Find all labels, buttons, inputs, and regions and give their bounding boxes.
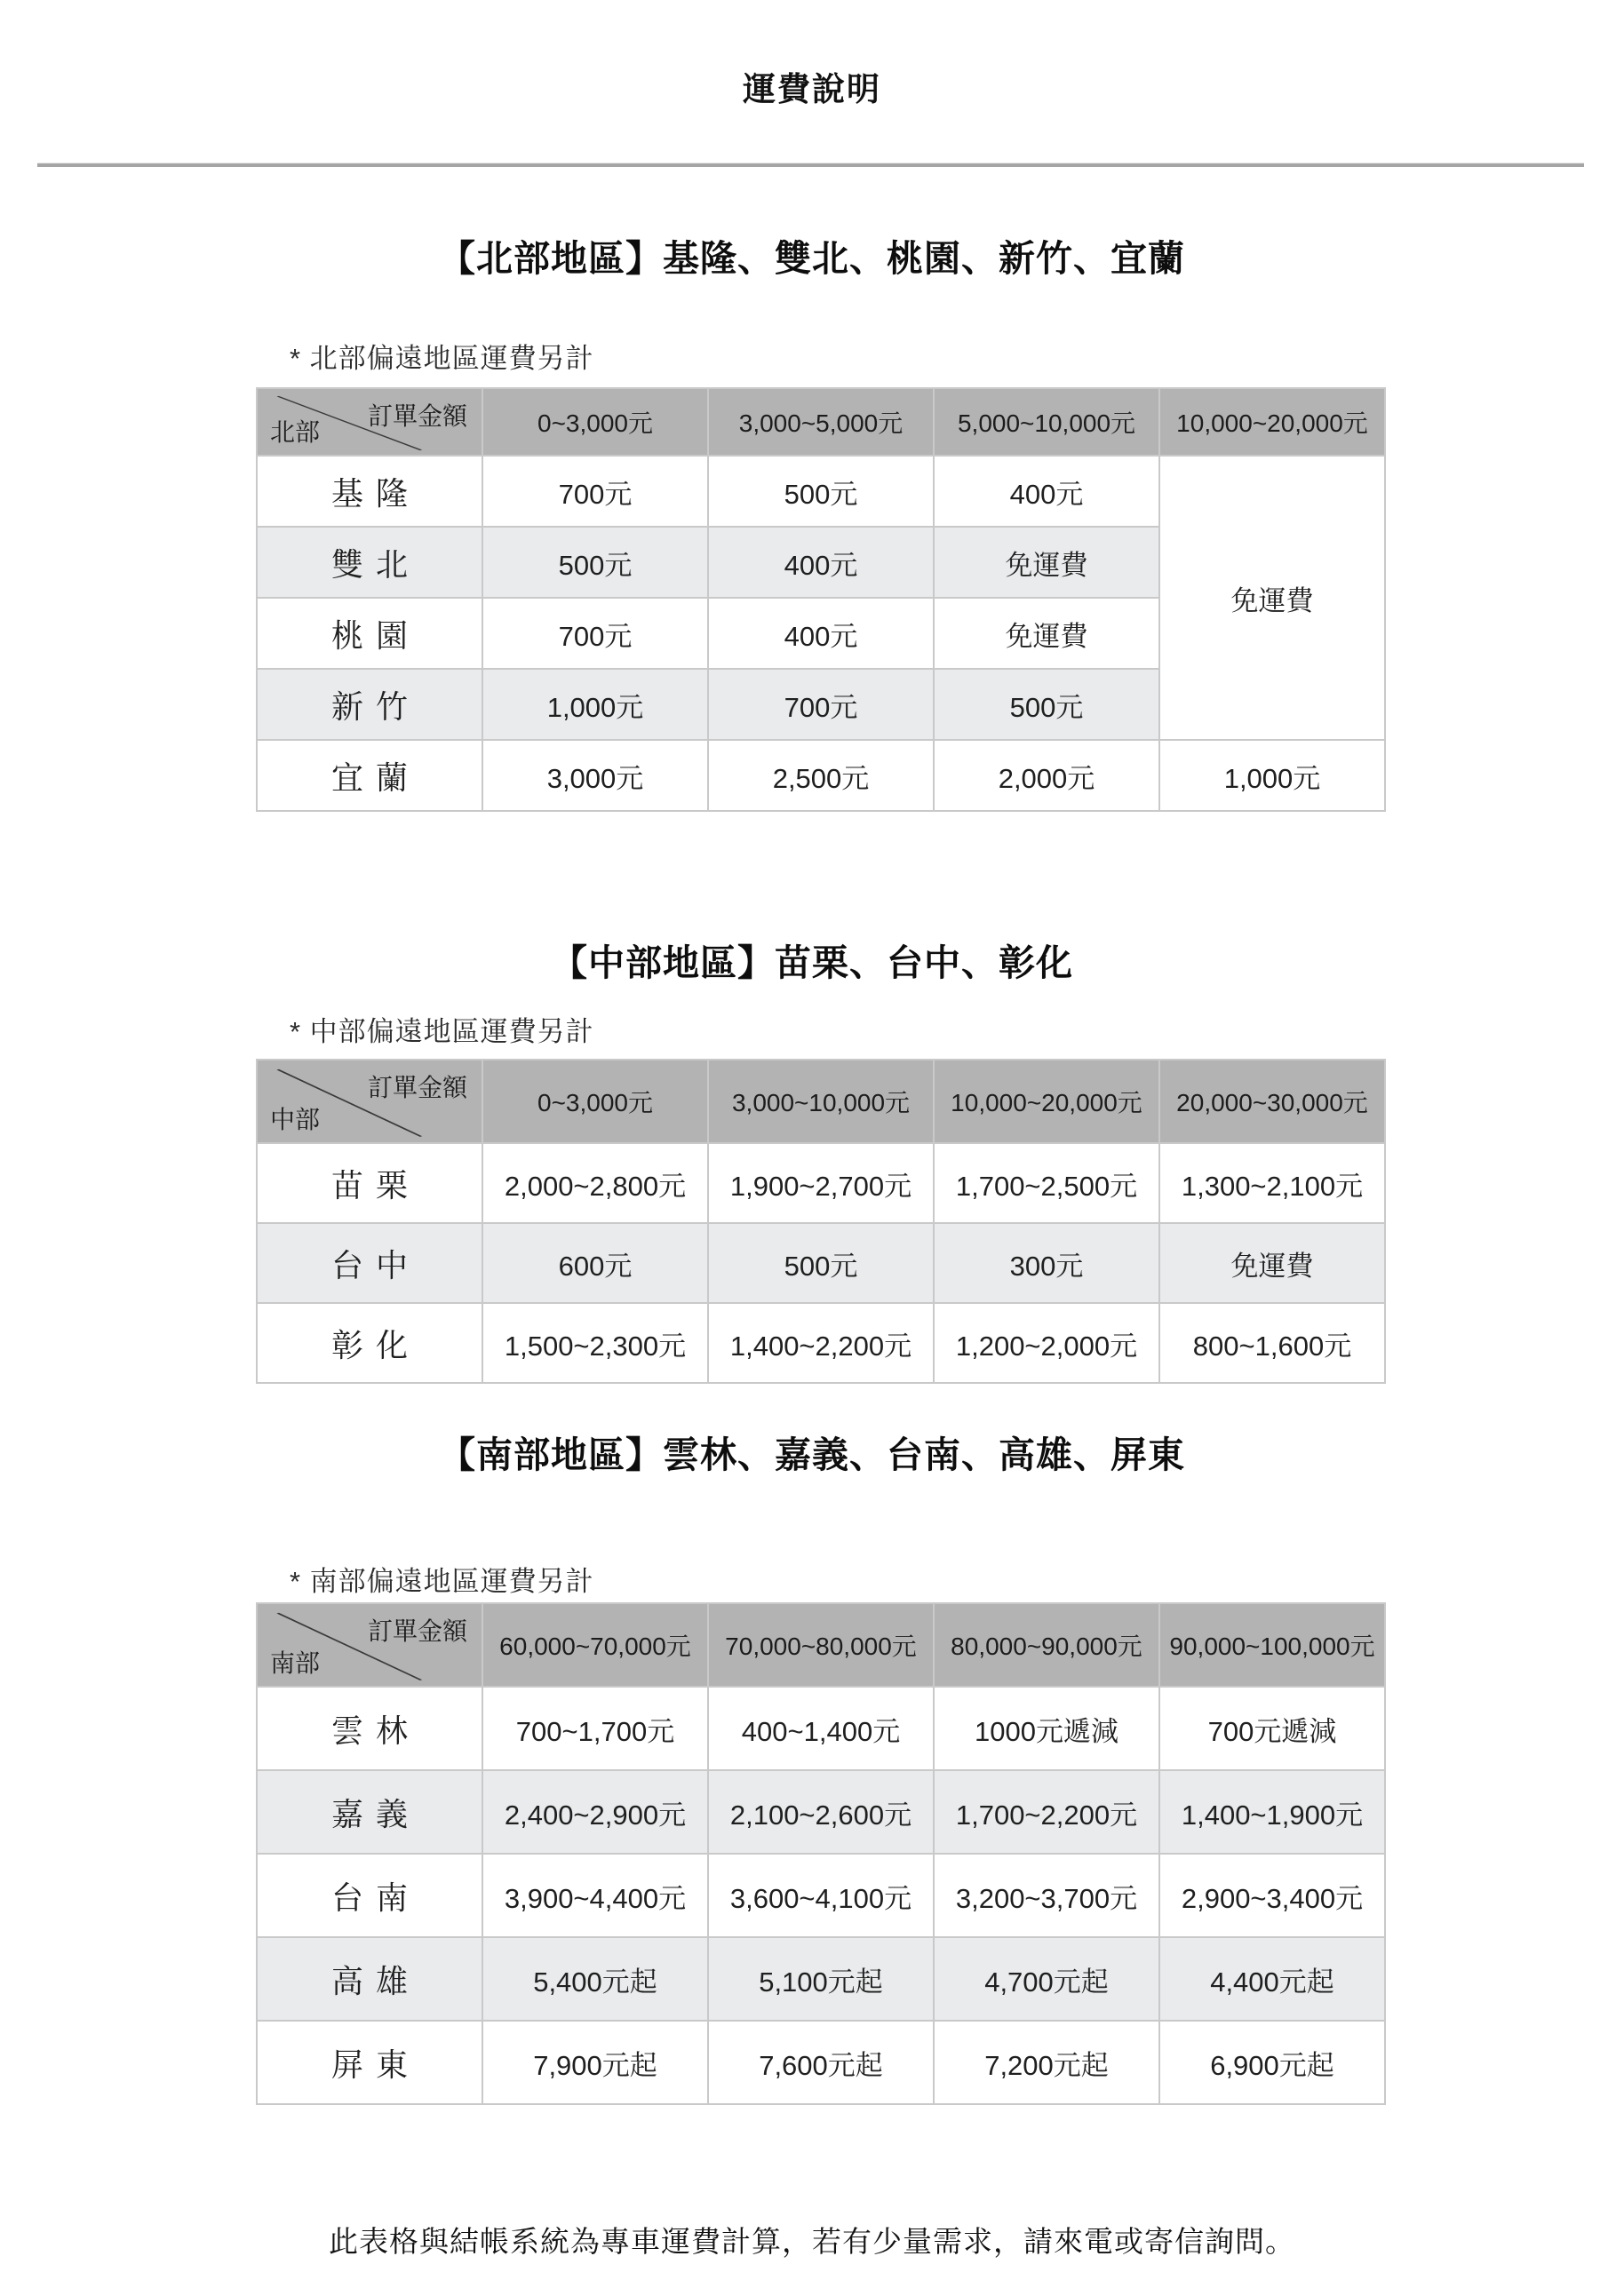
column-header: 70,000~80,000元: [709, 1604, 933, 1686]
fee-cell: 1,900~2,700元: [709, 1144, 933, 1222]
region-cell: 屏東: [258, 2022, 482, 2103]
fee-cell: 4,400元起: [1160, 1938, 1384, 2020]
fee-cell: 2,100~2,600元: [709, 1771, 933, 1853]
fee-cell: 2,000~2,800元: [483, 1144, 707, 1222]
fee-cell: 500元: [709, 457, 933, 526]
region-cell: 台南: [258, 1855, 482, 1936]
region-cell: 雙北: [258, 528, 482, 597]
remote-area-note-south: * 南部偏遠地區運費另計: [290, 1559, 594, 1599]
fee-cell: 2,000元: [935, 741, 1158, 810]
table-row: 彰化 1,500~2,300元 1,400~2,200元 1,200~2,000…: [258, 1304, 1384, 1382]
fee-cell: 3,200~3,700元: [935, 1855, 1158, 1936]
table-row: 屏東 7,900元起 7,600元起 7,200元起 6,900元起: [258, 2022, 1384, 2103]
table-row: 嘉義 2,400~2,900元 2,100~2,600元 1,700~2,200…: [258, 1771, 1384, 1853]
fee-cell: 1,500~2,300元: [483, 1304, 707, 1382]
fee-cell: 1,700~2,500元: [935, 1144, 1158, 1222]
region-cell: 新竹: [258, 670, 482, 739]
fee-table-central: 訂單金額 中部 0~3,000元 3,000~10,000元 10,000~20…: [256, 1059, 1386, 1384]
fee-cell: 3,000元: [483, 741, 707, 810]
fee-cell: 3,900~4,400元: [483, 1855, 707, 1936]
region-cell: 宜蘭: [258, 741, 482, 810]
region-axis-label: 中部: [270, 1100, 320, 1136]
region-cell: 苗栗: [258, 1144, 482, 1222]
fee-cell: 500元: [709, 1224, 933, 1302]
fee-cell: 500元: [935, 670, 1158, 739]
fee-cell: 1,000元: [1160, 741, 1384, 810]
corner-cell: 訂單金額 北部: [258, 389, 482, 455]
table-row: 宜蘭 3,000元 2,500元 2,000元 1,000元: [258, 741, 1384, 810]
fee-table-south: 訂單金額 南部 60,000~70,000元 70,000~80,000元 80…: [256, 1602, 1386, 2105]
region-cell: 基隆: [258, 457, 482, 526]
header-row: 訂單金額 北部 0~3,000元 3,000~5,000元 5,000~10,0…: [258, 389, 1384, 455]
fee-cell: 500元: [483, 528, 707, 597]
region-cell: 嘉義: [258, 1771, 482, 1853]
section-heading-north: 【北部地區】基隆、雙北、桃園、新竹、宜蘭: [0, 229, 1624, 282]
fee-cell: 300元: [935, 1224, 1158, 1302]
region-cell: 彰化: [258, 1304, 482, 1382]
fee-cell: 600元: [483, 1224, 707, 1302]
remote-area-note-central: * 中部偏遠地區運費另計: [290, 1009, 594, 1049]
section-heading-south: 【南部地區】雲林、嘉義、台南、高雄、屏東: [0, 1426, 1624, 1478]
region-cell: 雲林: [258, 1688, 482, 1769]
fee-cell: 2,900~3,400元: [1160, 1855, 1384, 1936]
fee-cell: 1,400~1,900元: [1160, 1771, 1384, 1853]
column-header: 90,000~100,000元: [1160, 1604, 1384, 1686]
table-row: 高雄 5,400元起 5,100元起 4,700元起 4,400元起: [258, 1938, 1384, 2020]
order-amount-label: 訂單金額: [368, 397, 467, 433]
table-row: 台南 3,900~4,400元 3,600~4,100元 3,200~3,700…: [258, 1855, 1384, 1936]
column-header: 0~3,000元: [483, 1061, 707, 1142]
fee-cell: 免運費: [935, 528, 1158, 597]
fee-cell: 700元遞減: [1160, 1688, 1384, 1769]
corner-cell: 訂單金額 南部: [258, 1604, 482, 1686]
fee-cell: 5,100元起: [709, 1938, 933, 2020]
section-heading-central: 【中部地區】苗栗、台中、彰化: [0, 933, 1624, 986]
corner-cell: 訂單金額 中部: [258, 1061, 482, 1142]
order-amount-label: 訂單金額: [368, 1612, 467, 1648]
order-amount-label: 訂單金額: [368, 1069, 467, 1104]
column-header: 3,000~5,000元: [709, 389, 933, 455]
fee-cell: 700元: [709, 670, 933, 739]
column-header: 80,000~90,000元: [935, 1604, 1158, 1686]
fee-table-north: 訂單金額 北部 0~3,000元 3,000~5,000元 5,000~10,0…: [256, 387, 1386, 812]
fee-cell: 1,700~2,200元: [935, 1771, 1158, 1853]
region-cell: 台中: [258, 1224, 482, 1302]
fee-cell: 1000元遞減: [935, 1688, 1158, 1769]
column-header: 20,000~30,000元: [1160, 1061, 1384, 1142]
fee-cell: 免運費: [935, 599, 1158, 668]
fee-cell: 4,700元起: [935, 1938, 1158, 2020]
merged-free-shipping-cell: 免運費: [1160, 457, 1384, 739]
table-row: 苗栗 2,000~2,800元 1,900~2,700元 1,700~2,500…: [258, 1144, 1384, 1222]
fee-cell: 2,400~2,900元: [483, 1771, 707, 1853]
fee-cell: 5,400元起: [483, 1938, 707, 2020]
header-row: 訂單金額 南部 60,000~70,000元 70,000~80,000元 80…: [258, 1604, 1384, 1686]
fee-cell: 2,500元: [709, 741, 933, 810]
fee-cell: 6,900元起: [1160, 2022, 1384, 2103]
fee-cell: 400元: [709, 599, 933, 668]
column-header: 0~3,000元: [483, 389, 707, 455]
column-header: 3,000~10,000元: [709, 1061, 933, 1142]
column-header: 60,000~70,000元: [483, 1604, 707, 1686]
fee-cell: 1,300~2,100元: [1160, 1144, 1384, 1222]
fee-cell: 700元: [483, 457, 707, 526]
fee-cell: 1,200~2,000元: [935, 1304, 1158, 1382]
fee-cell: 700~1,700元: [483, 1688, 707, 1769]
column-header: 5,000~10,000元: [935, 389, 1158, 455]
fee-cell: 1,000元: [483, 670, 707, 739]
fee-cell: 400~1,400元: [709, 1688, 933, 1769]
region-cell: 高雄: [258, 1938, 482, 2020]
header-row: 訂單金額 中部 0~3,000元 3,000~10,000元 10,000~20…: [258, 1061, 1384, 1142]
column-header: 10,000~20,000元: [935, 1061, 1158, 1142]
table-row: 基隆 700元 500元 400元 免運費: [258, 457, 1384, 526]
table-row: 台中 600元 500元 300元 免運費: [258, 1224, 1384, 1302]
fee-cell: 7,900元起: [483, 2022, 707, 2103]
region-axis-label: 北部: [270, 413, 320, 449]
region-cell: 桃園: [258, 599, 482, 668]
page-title: 運費說明: [0, 62, 1624, 110]
remote-area-note-north: * 北部偏遠地區運費另計: [290, 336, 594, 376]
fee-cell: 700元: [483, 599, 707, 668]
fee-cell: 免運費: [1160, 1224, 1384, 1302]
fee-cell: 1,400~2,200元: [709, 1304, 933, 1382]
fee-cell: 7,600元起: [709, 2022, 933, 2103]
fee-cell: 7,200元起: [935, 2022, 1158, 2103]
fee-cell: 400元: [935, 457, 1158, 526]
column-header: 10,000~20,000元: [1160, 389, 1384, 455]
page-footer-note: 此表格與結帳系統為專車運費計算，若有少量需求，請來電或寄信詢問。: [0, 2219, 1624, 2260]
fee-cell: 3,600~4,100元: [709, 1855, 933, 1936]
divider-rule: [37, 163, 1584, 167]
fee-cell: 400元: [709, 528, 933, 597]
table-row: 雲林 700~1,700元 400~1,400元 1000元遞減 700元遞減: [258, 1688, 1384, 1769]
fee-cell: 800~1,600元: [1160, 1304, 1384, 1382]
region-axis-label: 南部: [270, 1644, 320, 1680]
